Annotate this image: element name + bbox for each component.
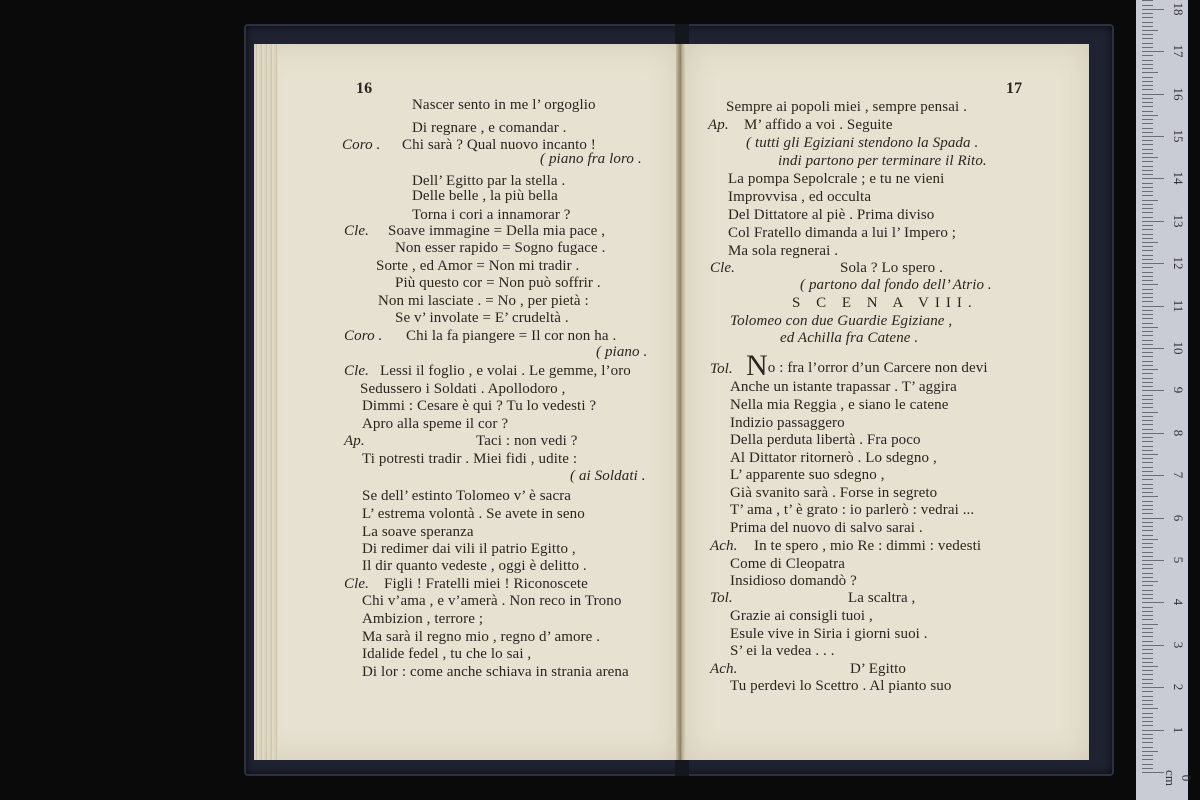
ruler-tick — [1142, 471, 1153, 472]
ruler-tick — [1142, 22, 1153, 23]
line-text: Tu perdevi lo Scettro . Al pianto suo — [730, 678, 951, 694]
ruler-tick — [1142, 475, 1164, 476]
verse-line: Del Dittatore al piè . Prima diviso — [728, 206, 934, 224]
page-number-right: 17 — [1006, 80, 1022, 98]
ruler-tick — [1142, 619, 1153, 620]
verse-line: Apro alla speme il cor ? — [362, 415, 508, 433]
ruler-tick — [1142, 250, 1153, 251]
ruler-tick — [1142, 301, 1153, 302]
ruler-tick — [1142, 106, 1153, 107]
stage-direction: ( piano . — [596, 343, 647, 361]
ruler-unit-label: 0 cm — [1162, 766, 1194, 790]
ruler-number: 1 — [1170, 718, 1186, 742]
ruler-tick — [1142, 280, 1153, 281]
line-text: Nella mia Reggia , e siano le catene — [730, 397, 949, 413]
ruler-tick — [1142, 539, 1158, 540]
ruler-tick — [1142, 543, 1153, 544]
ruler-tick — [1142, 174, 1153, 175]
ruler-tick — [1142, 505, 1153, 506]
ruler-tick — [1142, 212, 1153, 213]
ruler-tick — [1142, 102, 1153, 103]
verse-line: Nella mia Reggia , e siano le catene — [730, 396, 949, 414]
line-text: Taci : non vedi ? — [476, 433, 577, 449]
ruler-tick — [1142, 170, 1153, 171]
speaker-label: Ach. — [710, 660, 737, 678]
verse-line: Esule vive in Siria i giorni suoi . — [730, 625, 928, 643]
line-text: indi partono per terminare il Rito. — [778, 153, 987, 169]
line-text: ( piano fra loro . — [540, 151, 642, 167]
ruler-tick — [1142, 263, 1164, 264]
line-text: D’ Egitto — [850, 661, 906, 677]
verse-line: Figli ! Fratelli miei ! Riconoscete — [384, 575, 588, 593]
line-text: Di lor : come anche schiava in strania a… — [362, 664, 629, 680]
line-text: Come di Cleopatra — [730, 556, 845, 572]
line-text: Se v’ involate = E’ crudeltà . — [395, 310, 569, 326]
ruler-tick — [1142, 365, 1153, 366]
ruler-tick — [1142, 437, 1153, 438]
ruler-tick — [1142, 568, 1153, 569]
ruler-tick — [1142, 420, 1153, 421]
speaker-label: Cle. — [344, 362, 369, 380]
stage-direction: ed Achilla fra Catene . — [780, 329, 918, 347]
line-text: Indizio passaggero — [730, 415, 845, 431]
ruler-tick — [1142, 318, 1153, 319]
line-text: Non mi lasciate . = No , per pietà : — [378, 293, 589, 309]
ruler-tick — [1142, 229, 1153, 230]
verse-line: Improvvisa , ed occulta — [728, 188, 871, 206]
ruler-tick — [1142, 85, 1153, 86]
stage-direction: indi partono per terminare il Rito. — [778, 152, 987, 170]
ruler-tick — [1142, 636, 1153, 637]
ruler-number: 11 — [1170, 294, 1186, 318]
ruler-tick — [1142, 594, 1153, 595]
ruler-tick — [1142, 166, 1153, 167]
ruler-tick — [1142, 632, 1153, 633]
verse-line: No : fra l’orror d’un Carcere non devi — [746, 356, 988, 377]
ruler-tick — [1142, 560, 1164, 561]
ruler-tick — [1142, 530, 1153, 531]
verse-line: S’ ei la vedea . . . — [730, 642, 835, 660]
book-gutter — [676, 44, 686, 760]
ruler-tick — [1142, 679, 1153, 680]
measurement-ruler: 0 cm123456789101112131415161718 — [1136, 0, 1188, 800]
speaker-label: Coro . — [342, 136, 380, 154]
ruler-tick — [1142, 696, 1153, 697]
ruler-tick — [1142, 217, 1153, 218]
ruler-tick — [1142, 628, 1153, 629]
verse-line: Della perduta libertà . Fra poco — [730, 431, 921, 449]
ruler-tick — [1142, 242, 1158, 243]
line-text: Di redimer dai vili il patrio Egitto , — [362, 541, 576, 557]
speaker-label: Cle. — [344, 222, 369, 240]
ruler-tick — [1142, 488, 1153, 489]
ruler-tick — [1142, 178, 1164, 179]
line-text: ed Achilla fra Catene . — [780, 330, 918, 346]
line-text: Torna i cori a innamorar ? — [412, 207, 571, 223]
line-text: T’ ama , t’ è grato : io parlerò : vedra… — [730, 502, 974, 518]
ruler-number: 17 — [1170, 39, 1186, 63]
speaker-label: Ach. — [710, 537, 737, 555]
ruler-tick — [1142, 518, 1164, 519]
line-text: Grazie ai consigli tuoi , — [730, 608, 873, 624]
line-text: La pompa Sepolcrale ; e tu ne vieni — [728, 171, 944, 187]
ruler-tick — [1142, 373, 1153, 374]
ruler-tick — [1142, 416, 1153, 417]
verse-line: Ti potresti tradir . Miei fidi , udite : — [362, 450, 577, 468]
ruler-tick — [1142, 717, 1153, 718]
ruler-tick — [1142, 535, 1153, 536]
ruler-tick — [1142, 492, 1153, 493]
verse-line: M’ affido a voi . Seguite — [744, 116, 893, 134]
ruler-tick — [1142, 297, 1153, 298]
verse-line: Già svanito sarà . Forse in segreto — [730, 484, 937, 502]
ruler-tick — [1142, 424, 1153, 425]
ruler-tick — [1142, 149, 1153, 150]
ruler-tick — [1142, 649, 1153, 650]
ruler-tick — [1142, 670, 1153, 671]
ruler-tick — [1142, 43, 1153, 44]
ruler-tick — [1142, 191, 1153, 192]
ruler-tick — [1142, 255, 1153, 256]
line-text: Al Dittator ritornerò . Lo sdegno , — [730, 450, 937, 466]
line-text: o : fra l’orror d’un Carcere non devi — [768, 360, 988, 376]
ruler-tick — [1142, 246, 1153, 247]
speaker-label: Ap. — [708, 116, 729, 134]
ruler-tick — [1142, 128, 1153, 129]
ruler-tick — [1142, 441, 1153, 442]
verse-line: Taci : non vedi ? — [476, 432, 577, 450]
verse-line: Lessi il foglio , e volai . Le gemme, l’… — [380, 362, 631, 380]
verse-line: Grazie ai consigli tuoi , — [730, 607, 873, 625]
ruler-tick — [1142, 140, 1153, 141]
verse-line: Di lor : come anche schiava in strania a… — [362, 663, 629, 681]
ruler-tick — [1142, 0, 1153, 1]
speaker-label: Tol. — [710, 589, 733, 607]
verse-line: D’ Egitto — [850, 660, 906, 678]
ruler-number: 7 — [1170, 463, 1186, 487]
line-text: Delle belle , la più bella — [412, 188, 558, 204]
line-text: Ambizion , terrore ; — [362, 611, 483, 627]
line-text: Soave immagine = Della mia pace , — [388, 223, 605, 239]
ruler-tick — [1142, 738, 1153, 739]
line-text: Sedussero i Soldati . Apollodoro , — [360, 381, 565, 397]
ruler-tick — [1142, 132, 1153, 133]
line-text: Col Fratello dimanda a lui l’ Impero ; — [728, 225, 956, 241]
ruler-tick — [1142, 653, 1153, 654]
verse-line: Sempre ai popoli miei , sempre pensai . — [726, 98, 967, 116]
line-text: Già svanito sarà . Forse in segreto — [730, 485, 937, 501]
ruler-tick — [1142, 759, 1153, 760]
verse-line: Nascer sento in me l’ orgoglio — [412, 96, 596, 114]
line-text: Se dell’ estinto Tolomeo v’ è sacra — [362, 488, 571, 504]
ruler-tick — [1142, 662, 1153, 663]
ruler-tick — [1142, 183, 1153, 184]
ruler-tick — [1142, 77, 1153, 78]
ruler-tick — [1142, 234, 1153, 235]
ruler-number: 10 — [1170, 336, 1186, 360]
verse-line: Col Fratello dimanda a lui l’ Impero ; — [728, 224, 956, 242]
ruler-tick — [1142, 602, 1164, 603]
ruler-tick — [1142, 615, 1153, 616]
verse-line: Chi la fa piangere = Il cor non ha . — [406, 327, 616, 345]
verse-line: La pompa Sepolcrale ; e tu ne vieni — [728, 170, 944, 188]
line-text: Dimmi : Cesare è qui ? Tu lo vedesti ? — [362, 398, 596, 414]
ruler-number: 5 — [1170, 548, 1186, 572]
verse-line: T’ ama , t’ è grato : io parlerò : vedra… — [730, 501, 974, 519]
verse-line: Come di Cleopatra — [730, 555, 845, 573]
ruler-tick — [1142, 691, 1153, 692]
ruler-tick — [1142, 119, 1153, 120]
ruler-tick — [1142, 378, 1153, 379]
ruler-number: 15 — [1170, 124, 1186, 148]
line-text: Esule vive in Siria i giorni suoi . — [730, 626, 928, 642]
line-text: Insidioso domandò ? — [730, 573, 857, 589]
ruler-tick — [1142, 458, 1153, 459]
ruler-tick — [1142, 501, 1153, 502]
ruler-tick — [1142, 513, 1153, 514]
ruler-number: 18 — [1170, 0, 1186, 21]
ruler-tick — [1142, 361, 1153, 362]
ruler-tick — [1142, 340, 1153, 341]
ruler-tick — [1142, 585, 1153, 586]
verse-line: Più questo cor = Non può soffrir . — [395, 274, 601, 292]
ruler-tick — [1142, 403, 1153, 404]
ruler-tick — [1142, 81, 1153, 82]
ruler-tick — [1142, 72, 1158, 73]
ruler-tick — [1142, 348, 1164, 349]
ruler-tick — [1142, 547, 1153, 548]
line-text: Della perduta libertà . Fra poco — [730, 432, 921, 448]
stage-direction: ( piano fra loro . — [540, 150, 642, 168]
ruler-tick — [1142, 522, 1153, 523]
ruler-tick — [1142, 5, 1153, 6]
ruler-tick — [1142, 327, 1158, 328]
ruler-tick — [1142, 755, 1153, 756]
ruler-tick — [1142, 55, 1153, 56]
line-text: Improvvisa , ed occulta — [728, 189, 871, 205]
verse-line: Dimmi : Cesare è qui ? Tu lo vedesti ? — [362, 397, 596, 415]
ruler-tick — [1142, 581, 1158, 582]
ruler-number: 2 — [1170, 675, 1186, 699]
verse-line: Delle belle , la più bella — [412, 187, 558, 205]
line-text: Di regnare , e comandar . — [412, 120, 567, 136]
line-text: M’ affido a voi . Seguite — [744, 117, 893, 133]
ruler-tick — [1142, 446, 1153, 447]
line-text: Apro alla speme il cor ? — [362, 416, 508, 432]
ruler-tick — [1142, 238, 1153, 239]
ruler-tick — [1142, 611, 1153, 612]
ruler-tick — [1142, 386, 1153, 387]
verse-line: Indizio passaggero — [730, 414, 845, 432]
ruler-tick — [1142, 382, 1153, 383]
ruler-tick — [1142, 412, 1158, 413]
ruler-tick — [1142, 153, 1153, 154]
speaker-label: Ap. — [344, 432, 365, 450]
ruler-tick — [1142, 369, 1158, 370]
line-text: Più questo cor = Non può soffrir . — [395, 275, 601, 291]
ruler-tick — [1142, 556, 1153, 557]
ruler-tick — [1142, 399, 1153, 400]
ruler-tick — [1142, 344, 1153, 345]
ruler-tick — [1142, 259, 1153, 260]
ruler-tick — [1142, 289, 1153, 290]
verse-line: Prima del nuovo di salvo sarai . — [730, 519, 923, 537]
ruler-tick — [1142, 136, 1164, 137]
ruler-tick — [1142, 666, 1158, 667]
line-text: Sola ? Lo spero . — [840, 260, 943, 276]
verse-line: Idalide fedel , tu che lo sai , — [362, 645, 531, 663]
ruler-tick — [1142, 26, 1153, 27]
line-text: ( piano . — [596, 344, 647, 360]
line-text: Del Dittatore al piè . Prima diviso — [728, 207, 934, 223]
speaker-label: Coro . — [344, 327, 382, 345]
ruler-tick — [1142, 115, 1158, 116]
line-text: S’ ei la vedea . . . — [730, 643, 835, 659]
verse-line: Al Dittator ritornerò . Lo sdegno , — [730, 449, 937, 467]
line-text: Lessi il foglio , e volai . Le gemme, l’… — [380, 363, 631, 379]
ruler-tick — [1142, 713, 1153, 714]
ruler-tick — [1142, 200, 1158, 201]
verse-line: Ma sarà il regno mio , regno d’ amore . — [362, 628, 600, 646]
ruler-tick — [1142, 429, 1153, 430]
ruler-tick — [1142, 13, 1153, 14]
ruler-tick — [1142, 747, 1153, 748]
ruler-tick — [1142, 390, 1164, 391]
ruler-tick — [1142, 721, 1153, 722]
ruler-number: 16 — [1170, 82, 1186, 106]
speaker-label: Tol. — [710, 360, 733, 378]
ruler-tick — [1142, 484, 1153, 485]
line-text: Chi v’ama , e v’amerà . Non reco in Tron… — [362, 593, 621, 609]
line-text: Sempre ai popoli miei , sempre pensai . — [726, 99, 967, 115]
ruler-number: 9 — [1170, 378, 1186, 402]
ruler-tick — [1142, 704, 1153, 705]
line-text: Ti potresti tradir . Miei fidi , udite : — [362, 451, 577, 467]
verse-line: Di redimer dai vili il patrio Egitto , — [362, 540, 576, 558]
ruler-tick — [1142, 323, 1153, 324]
ruler-tick — [1142, 479, 1153, 480]
line-text: ( partono dal fondo dell’ Atrio . — [800, 277, 992, 293]
ruler-tick — [1142, 30, 1158, 31]
ruler-tick — [1142, 144, 1153, 145]
line-text: Chi la fa piangere = Il cor non ha . — [406, 328, 616, 344]
line-text: Sorte , ed Amor = Non mi tradir . — [376, 258, 579, 274]
line-text: L’ estrema volontà . Se avete in seno — [362, 506, 585, 522]
page-number-left: 16 — [356, 80, 372, 98]
line-text: Non esser rapido = Sogno fugace . — [395, 240, 605, 256]
ruler-tick — [1142, 284, 1158, 285]
verse-line: Sola ? Lo spero . — [840, 259, 943, 277]
ruler-tick — [1142, 467, 1153, 468]
verse-line: Insidioso domandò ? — [730, 572, 857, 590]
ruler-tick — [1142, 496, 1158, 497]
verse-line: Se v’ involate = E’ crudeltà . — [395, 309, 569, 327]
ruler-tick — [1142, 708, 1158, 709]
ruler-tick — [1142, 60, 1153, 61]
verse-line: Di regnare , e comandar . — [412, 119, 567, 137]
ruler-tick — [1142, 335, 1153, 336]
ruler-tick — [1142, 352, 1153, 353]
line-text: ( tutti gli Egiziani stendono la Spada . — [746, 135, 978, 151]
ruler-tick — [1142, 730, 1164, 731]
stage-direction: Tolomeo con due Guardie Egiziane , — [730, 312, 952, 330]
ruler-tick — [1142, 267, 1153, 268]
verse-line: Non esser rapido = Sogno fugace . — [395, 239, 605, 257]
line-text: Figli ! Fratelli miei ! Riconoscete — [384, 576, 588, 592]
ruler-tick — [1142, 208, 1153, 209]
line-text: Anche un istante trapassar . T’ aggira — [730, 379, 957, 395]
ruler-tick — [1142, 38, 1153, 39]
ruler-tick — [1142, 573, 1153, 574]
ruler-tick — [1142, 89, 1153, 90]
ruler-number: 13 — [1170, 209, 1186, 233]
line-text: Il dir quanto vedeste , oggi è delitto . — [362, 558, 587, 574]
ruler-tick — [1142, 272, 1153, 273]
stage-direction: ( partono dal fondo dell’ Atrio . — [800, 276, 992, 294]
ruler-tick — [1142, 331, 1153, 332]
verse-line: La scaltra , — [848, 589, 915, 607]
line-text: S C E N A VIII. — [792, 295, 978, 311]
verse-line: Sedussero i Soldati . Apollodoro , — [360, 380, 565, 398]
ruler-tick — [1142, 607, 1153, 608]
ruler-tick — [1142, 395, 1153, 396]
ruler-tick — [1142, 645, 1164, 646]
ruler-number: 3 — [1170, 633, 1186, 657]
ruler-tick — [1142, 204, 1153, 205]
verse-line: Ma sola regnerai . — [728, 242, 838, 260]
line-text: Ma sola regnerai . — [728, 243, 838, 259]
ruler-tick — [1142, 306, 1164, 307]
ruler-number: 8 — [1170, 421, 1186, 445]
verse-line: Tu perdevi lo Scettro . Al pianto suo — [730, 677, 951, 695]
ruler-tick — [1142, 751, 1158, 752]
ruler-tick — [1142, 590, 1153, 591]
verse-line: L’ estrema volontà . Se avete in seno — [362, 505, 585, 523]
ruler-tick — [1142, 687, 1164, 688]
ruler-number: 12 — [1170, 251, 1186, 275]
ruler-tick — [1142, 462, 1153, 463]
ruler-tick — [1142, 276, 1153, 277]
ruler-tick — [1142, 526, 1153, 527]
ruler-tick — [1142, 768, 1153, 769]
line-text: Prima del nuovo di salvo sarai . — [730, 520, 923, 536]
verse-line: La soave speranza — [362, 523, 474, 541]
ruler-tick — [1142, 734, 1153, 735]
ruler-tick — [1142, 187, 1153, 188]
ruler-tick — [1142, 161, 1153, 162]
ruler-tick — [1142, 310, 1153, 311]
ruler-tick — [1142, 772, 1164, 773]
ruler-tick — [1142, 68, 1153, 69]
verse-line: Sorte , ed Amor = Non mi tradir . — [376, 257, 579, 275]
ruler-tick — [1142, 674, 1153, 675]
verse-line: Chi v’ama , e v’amerà . Non reco in Tron… — [362, 592, 621, 610]
ruler-tick — [1142, 9, 1164, 10]
ruler-tick — [1142, 683, 1153, 684]
ruler-tick — [1142, 725, 1153, 726]
line-text: In te spero , mio Re : dimmi : vedesti — [754, 538, 981, 554]
ruler-tick — [1142, 356, 1153, 357]
ruler-tick — [1142, 51, 1164, 52]
line-text: Idalide fedel , tu che lo sai , — [362, 646, 531, 662]
ruler-tick — [1142, 598, 1153, 599]
verse-line: Soave immagine = Della mia pace , — [388, 222, 605, 240]
stage-direction: ( ai Soldati . — [570, 467, 646, 485]
ruler-tick — [1142, 407, 1153, 408]
ruler-tick — [1142, 764, 1153, 765]
ruler-tick — [1142, 552, 1153, 553]
ruler-tick — [1142, 433, 1164, 434]
